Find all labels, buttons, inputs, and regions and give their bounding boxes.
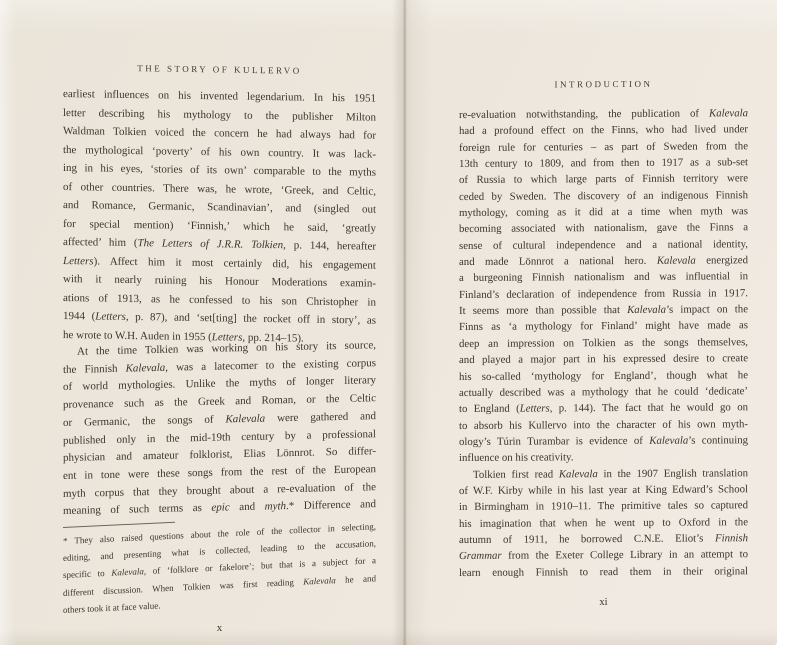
text-line: had a profound effect on the Finns, who … — [459, 122, 748, 140]
text-line: autumn of 1911, he borrowed C.N.E. Eliot… — [459, 530, 748, 548]
text-line: Finland’s declaration of independence fr… — [459, 285, 748, 303]
footnote: * They also raised questions about the r… — [63, 512, 376, 619]
left-paragraph-2: At the time Tolkien was working on his s… — [63, 337, 376, 521]
text-line: his imagination that when he went up to … — [459, 514, 748, 532]
left-page: THE STORY OF KULLERVO earliest influence… — [0, 0, 400, 645]
text-line: sense of cultural independence and a nat… — [459, 236, 748, 254]
text-line: and made Lönnrot a national hero. Kaleva… — [459, 252, 748, 270]
right-running-head: INTRODUCTION — [459, 78, 748, 90]
text-line: deep an impression on Tolkien as the son… — [459, 334, 748, 352]
text-line: Finns as ‘a mythology for Finland’ might… — [459, 318, 748, 336]
left-running-head: THE STORY OF KULLERVO — [63, 62, 376, 77]
text-line: to England (Letters, p. 144). The fact t… — [459, 399, 748, 417]
text-line: and played a major part in his expressed… — [459, 350, 748, 368]
footnote-rule — [63, 522, 175, 528]
right-page-text-column: INTRODUCTION re-evaluation notwithstandi… — [459, 78, 748, 581]
text-line: learn enough Finnish to read them in the… — [459, 563, 748, 581]
text-line: re-evaluation notwithstanding, the publi… — [459, 105, 748, 123]
text-line: to absorb his Kullervo into the characte… — [459, 416, 748, 434]
right-page-number: xi — [459, 597, 748, 608]
right-paragraph-2: Tolkien first read Kalevala in the 1907 … — [459, 465, 748, 581]
text-line: becoming associated with nationalism, ga… — [459, 220, 748, 238]
text-line: his so-called ‘mythology for England’, t… — [459, 367, 748, 385]
text-line: 13th century to 1809, and from then to 1… — [459, 154, 748, 172]
right-paragraph-1: re-evaluation notwithstanding, the publi… — [459, 105, 748, 466]
text-line: actually described was a mythology that … — [459, 383, 748, 401]
text-line: foreign rule for centuries – as part of … — [459, 138, 748, 156]
text-line: a burgeoning Finnish nationalism and was… — [459, 269, 748, 287]
text-line: Tolkien first read Kalevala in the 1907 … — [459, 465, 748, 483]
text-line: It seems more than possible that Kaleval… — [459, 301, 748, 319]
text-line: in Birmingham in 1910–11. The primitive … — [459, 497, 748, 515]
text-line: ology’s Túrin Turambar is evidence of Ka… — [459, 432, 748, 450]
text-line: influence on his creativity. — [459, 448, 748, 466]
book-spread-photo: THE STORY OF KULLERVO earliest influence… — [0, 0, 777, 645]
text-line: of Russia to which large parts of Finnis… — [459, 171, 748, 189]
footnote-text: * They also raised questions about the r… — [63, 518, 376, 619]
left-page-text-column: THE STORY OF KULLERVO earliest influence… — [63, 62, 376, 619]
text-line: ceded by Sweden. The discovery of an ind… — [459, 187, 748, 205]
text-line: mythology, coming as it did at a time wh… — [459, 203, 748, 221]
left-page-number: x — [63, 622, 376, 634]
left-paragraph-1: earliest influences on his invented lege… — [63, 85, 376, 349]
text-line: of W.F. Kirby while in his last year at … — [459, 481, 748, 499]
text-line: Grammar from the Exeter College Library … — [459, 547, 748, 565]
